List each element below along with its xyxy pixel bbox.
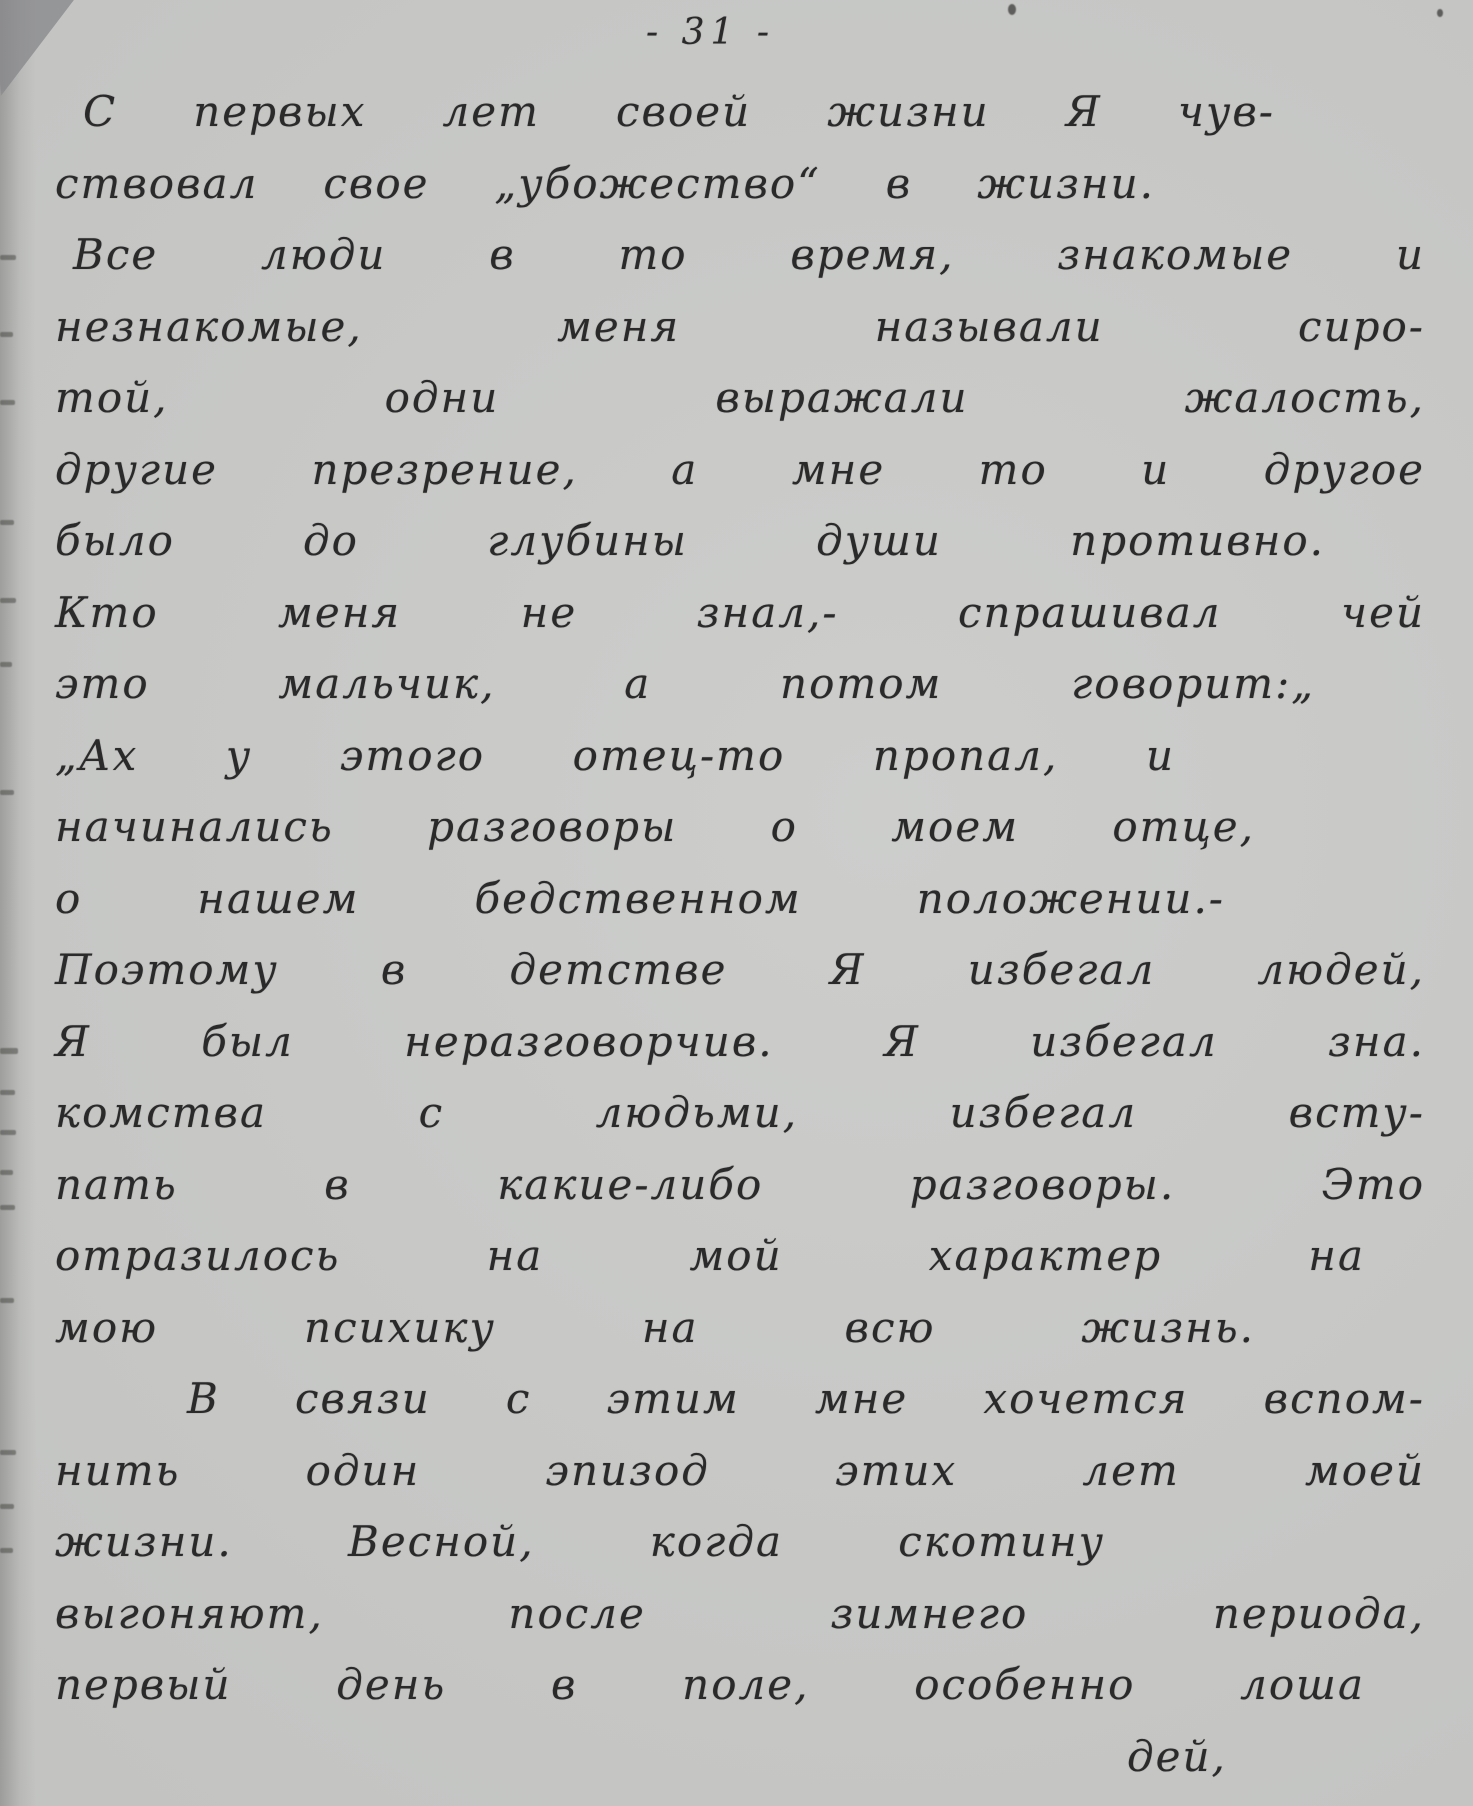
- handwritten-line: выгоняют, после зимнего периода,: [55, 1578, 1425, 1650]
- handwritten-line: о нашем бедственном положении.-: [55, 863, 1425, 935]
- margin-scan-mark: [0, 1298, 14, 1303]
- handwritten-line: той, одни выражали жалость,: [55, 362, 1425, 434]
- margin-scan-mark: [0, 1450, 16, 1455]
- margin-scan-mark: [0, 332, 13, 337]
- handwritten-line: мою психику на всю жизнь.: [55, 1292, 1425, 1364]
- handwritten-line: „Ах у этого отец-то пропал, и: [55, 720, 1425, 792]
- margin-scan-mark: [0, 1548, 13, 1553]
- manuscript-text: С первых лет своей жизни Я чув- ствовал …: [55, 76, 1425, 1792]
- page-number: - 31 -: [0, 12, 1447, 53]
- margin-scan-mark: [0, 1048, 18, 1054]
- handwritten-line: первый день в поле, особенно лоша: [55, 1649, 1425, 1721]
- margin-scan-mark: [0, 1504, 14, 1509]
- handwritten-line: отразилось на мой характер на: [55, 1220, 1425, 1292]
- margin-scan-mark: [0, 400, 15, 405]
- handwritten-line: нить один эпизод этих лет моей: [55, 1435, 1425, 1507]
- margin-scan-mark: [0, 255, 16, 260]
- handwritten-line: С первых лет своей жизни Я чув-: [55, 76, 1425, 148]
- handwritten-line: жизни. Весной, когда скотину: [55, 1506, 1425, 1578]
- handwritten-line: Я был неразговорчив. Я избегал зна.: [55, 1006, 1425, 1078]
- handwritten-line: начинались разговоры о моем отце,: [55, 791, 1425, 863]
- margin-scan-mark: [0, 790, 14, 795]
- left-edge-shadow: [0, 0, 36, 1806]
- margin-scan-mark: [0, 598, 16, 603]
- handwritten-line: ствовал свое „убожество“ в жизни.: [55, 148, 1425, 220]
- margin-scan-mark: [0, 662, 12, 667]
- margin-scan-mark: [0, 520, 14, 525]
- handwritten-line: Все люди в то время, знакомые и: [55, 219, 1425, 291]
- handwritten-line: Кто меня не знал,- спрашивал чей: [55, 577, 1425, 649]
- handwritten-line: другие презрение, а мне то и другое: [55, 434, 1425, 506]
- handwritten-line: это мальчик, а потом говорит:„: [55, 648, 1425, 720]
- margin-scan-mark: [0, 1170, 13, 1175]
- margin-scan-mark: [0, 1205, 15, 1210]
- handwritten-line: пать в какие-либо разговоры. Это: [55, 1149, 1425, 1221]
- handwritten-line: дей,: [55, 1721, 1425, 1793]
- manuscript-page: - 31 - С первых лет своей жизни Я чув- с…: [0, 0, 1473, 1806]
- handwritten-line: Поэтому в детстве Я избегал людей,: [55, 934, 1425, 1006]
- margin-scan-mark: [0, 1130, 16, 1135]
- handwritten-line: В связи с этим мне хочется вспом-: [55, 1363, 1425, 1435]
- handwritten-line: незнакомые, меня называли сиро-: [55, 291, 1425, 363]
- margin-scan-mark: [0, 1090, 15, 1095]
- handwritten-line: было до глубины души противно.: [55, 505, 1425, 577]
- handwritten-line: комства с людьми, избегал всту-: [55, 1077, 1425, 1149]
